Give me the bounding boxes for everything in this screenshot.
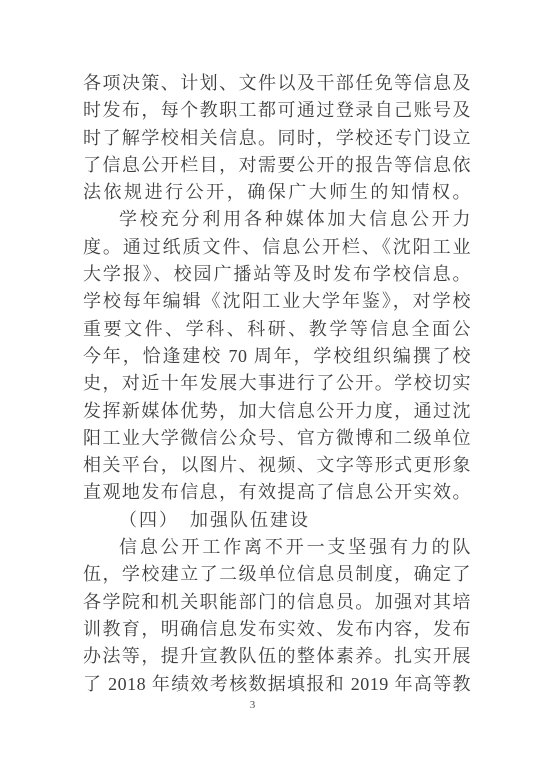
document-page: 各项决策、计划、文件以及干部任免等信息及 时发布，每个教职工都可通过登录自己账号… xyxy=(0,0,543,768)
text-line: 度。通过纸质文件、信息公开栏、《沈阳工业 xyxy=(83,234,471,261)
text-line: 各项决策、计划、文件以及干部任免等信息及 xyxy=(83,70,471,97)
document-body: 各项决策、计划、文件以及干部任免等信息及 时发布，每个教职工都可通过登录自己账号… xyxy=(83,70,471,698)
text-line: 史，对近十年发展大事进行了公开。学校切实 xyxy=(83,370,471,397)
text-line: 办法等，提升宣教队伍的整体素养。扎实开展 xyxy=(83,643,471,670)
text-line: 了 2018 年绩效考核数据填报和 2019 年高等教 xyxy=(83,671,471,698)
text-line: 信息公开工作离不开一支坚强有力的队 xyxy=(83,534,471,561)
text-line: 时发布，每个教职工都可通过登录自己账号及 xyxy=(83,97,471,124)
paragraph-1: 各项决策、计划、文件以及干部任免等信息及 时发布，每个教职工都可通过登录自己账号… xyxy=(83,70,471,206)
text-line: 训教育，明确信息发布实效、发布内容，发布 xyxy=(83,616,471,643)
paragraph-2: 学校充分利用各种媒体加大信息公开力 度。通过纸质文件、信息公开栏、《沈阳工业 大… xyxy=(83,206,471,506)
text-line: 法依规进行公开，确保广大师生的知情权。 xyxy=(83,179,471,206)
text-line: 了信息公开栏目，对需要公开的报告等信息依 xyxy=(83,152,471,179)
text-line: 大学报》、校园广播站等及时发布学校信息。 xyxy=(83,261,471,288)
text-line: 发挥新媒体优势，加大信息公开力度，通过沈 xyxy=(83,398,471,425)
text-line: 各学院和机关职能部门的信息员。加强对其培 xyxy=(83,589,471,616)
section-heading: （四） 加强队伍建设 xyxy=(83,507,471,534)
text-line: 时了解学校相关信息。同时，学校还专门设立 xyxy=(83,125,471,152)
page-number: 3 xyxy=(0,699,505,711)
text-line: 学校充分利用各种媒体加大信息公开力 xyxy=(83,206,471,233)
paragraph-3: 信息公开工作离不开一支坚强有力的队 伍，学校建立了二级单位信息员制度，确定了 各… xyxy=(83,534,471,698)
text-line: 重要文件、学科、科研、教学等信息全面公开。 xyxy=(83,316,471,343)
text-line: 伍，学校建立了二级单位信息员制度，确定了 xyxy=(83,561,471,588)
text-line: 直观地发布信息，有效提高了信息公开实效。 xyxy=(83,479,471,506)
text-line: 相关平台，以图片、视频、文字等形式更形象 xyxy=(83,452,471,479)
text-line: 今年，恰逢建校 70 周年，学校组织编撰了校 xyxy=(83,343,471,370)
text-line: 学校每年编辑《沈阳工业大学年鉴》，对学校 xyxy=(83,288,471,315)
text-line: 阳工业大学微信公众号、官方微博和二级单位 xyxy=(83,425,471,452)
